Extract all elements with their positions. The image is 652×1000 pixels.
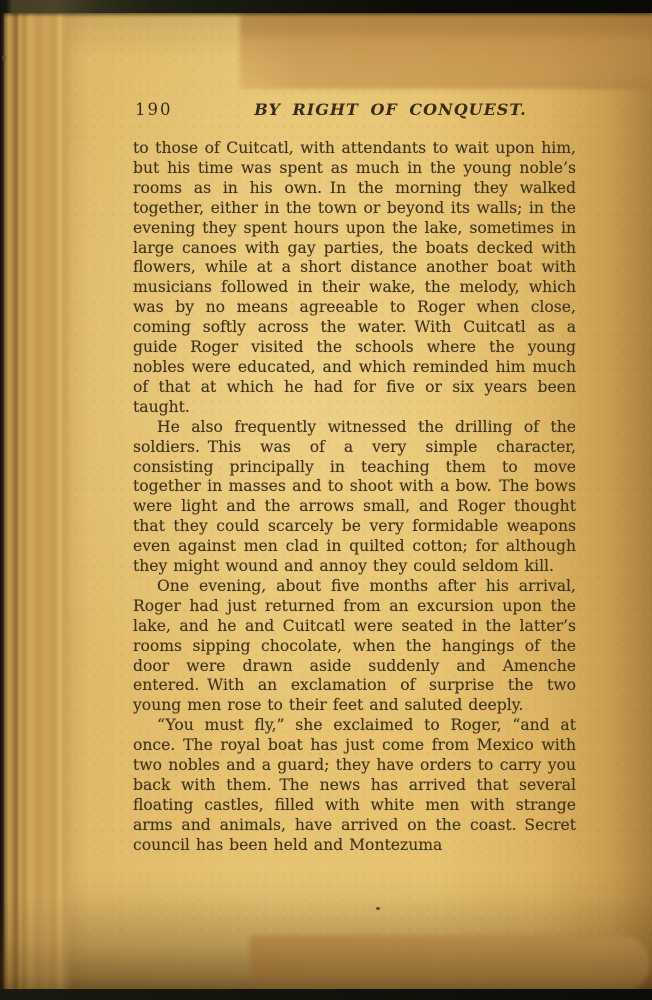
book-binding-creases <box>0 12 72 991</box>
book-bottom-edge <box>0 989 652 1000</box>
body-text: to those of Cuitcatl, with attendants to… <box>133 139 576 856</box>
book-top-edge <box>0 0 652 13</box>
paragraph: He also frequently witnessed the drillin… <box>133 418 576 577</box>
paragraph-continuation: to those of Cuitcatl, with attendants to… <box>133 139 576 418</box>
paragraph: One evening, about five months after his… <box>133 577 576 716</box>
page-number: 190 <box>135 100 173 119</box>
scanned-book-page: 190 BY RIGHT OF CONQUEST. to those of Cu… <box>0 0 652 1000</box>
paragraph-dialogue: “You must fly,” she exclaimed to Roger, … <box>133 716 576 855</box>
page-edge-speck <box>2 55 6 60</box>
running-head-title: BY RIGHT OF CONQUEST. <box>254 100 527 119</box>
ink-speck <box>376 907 380 910</box>
running-head-row: 190 BY RIGHT OF CONQUEST. <box>133 100 576 124</box>
